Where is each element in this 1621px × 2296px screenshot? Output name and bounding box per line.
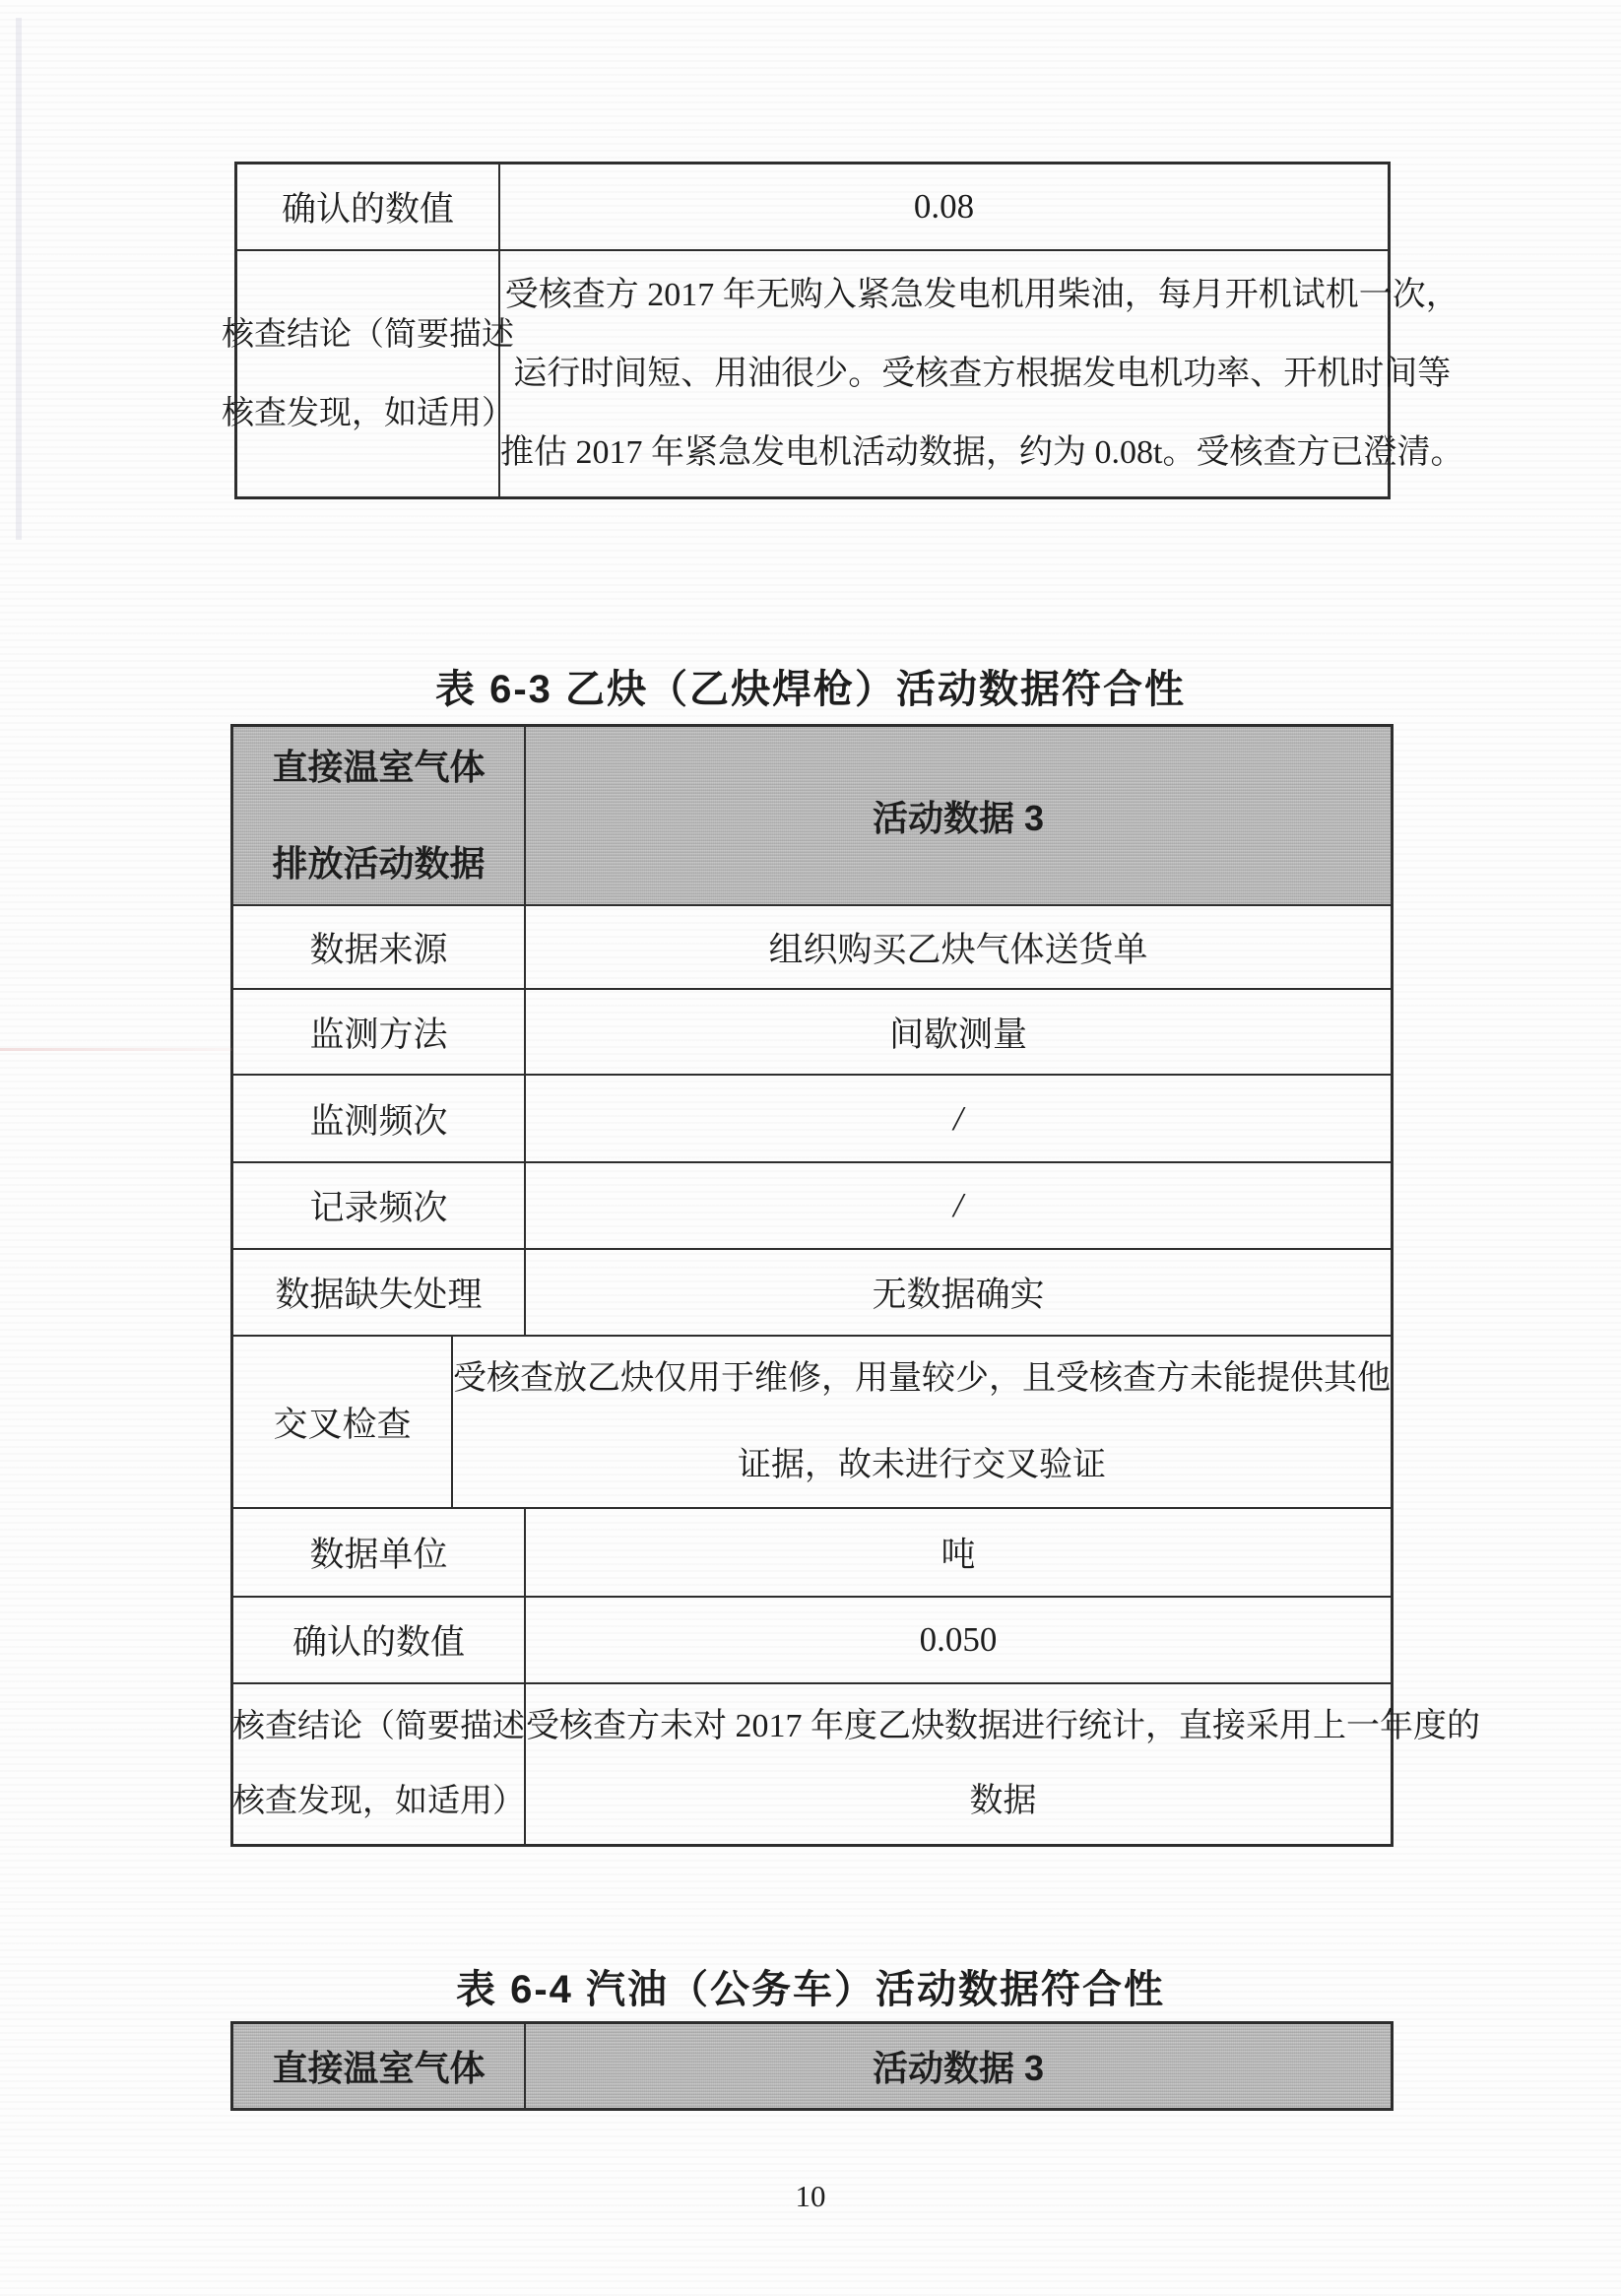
table-row: 确认的数值 0.08 [237, 164, 1388, 249]
table-header-left-line: 排放活动数据 [272, 816, 485, 912]
table-row: 监测频次 / [233, 1074, 1391, 1161]
row-label-line: 核查发现，如适用） [232, 1764, 525, 1839]
table-row: 数据来源 组织购买乙炔气体送货单 [233, 904, 1391, 988]
row-value-line: 数据 [970, 1764, 1037, 1839]
table-header-left-line: 直接温室气体 [272, 719, 485, 816]
row-label: 核查结论（简要描述 核查发现，如适用） [237, 251, 500, 496]
row-label: 数据单位 [233, 1509, 526, 1596]
row-value-line: 推估 2017 年紧急发电机活动数据，约为 0.08t。受核查方已澄清。 [500, 414, 1463, 492]
row-label: 数据来源 [233, 906, 526, 988]
row-label: 核查结论（简要描述 核查发现，如适用） [233, 1684, 526, 1844]
row-value-line: 证据，故未进行交叉验证 [738, 1422, 1106, 1509]
row-value: / [526, 1076, 1391, 1161]
table-header-left: 直接温室气体 [233, 2024, 526, 2108]
table-row: 数据缺失处理 无数据确实 [233, 1248, 1391, 1335]
row-value-line: 受核查方 2017 年无购入紧急发电机用柴油，每月开机试机一次， [505, 256, 1459, 335]
row-value-line: 运行时间短、用油很少。受核查方根据发电机功率、开机时间等 [513, 335, 1451, 414]
row-value: 受核查方 2017 年无购入紧急发电机用柴油，每月开机试机一次， 运行时间短、用… [500, 251, 1463, 496]
table-header-row: 直接温室气体 排放活动数据 活动数据 3 [233, 727, 1391, 904]
row-label-line: 核查发现，如适用） [222, 374, 514, 453]
table-row: 核查结论（简要描述 核查发现，如适用） 受核查方未对 2017 年度乙炔数据进行… [233, 1682, 1391, 1844]
top-partial-table: 确认的数值 0.08 核查结论（简要描述 核查发现，如适用） 受核查方 2017… [234, 162, 1391, 499]
row-label: 数据缺失处理 [233, 1250, 526, 1335]
row-value: 无数据确实 [526, 1250, 1391, 1335]
table-row: 监测方法 间歇测量 [233, 988, 1391, 1074]
row-value: / [526, 1163, 1391, 1248]
table-header-left: 直接温室气体 排放活动数据 [233, 727, 526, 904]
table-6-4-title: 表 6-4 汽油（公务车）活动数据符合性 [0, 1958, 1621, 2014]
row-label: 交叉检查 [233, 1337, 453, 1507]
scan-artifact-streak [16, 18, 22, 540]
row-value-line: 受核查放乙炔仅用于维修，用量较少，且受核查方未能提供其他 [453, 1336, 1391, 1422]
row-value: 0.050 [526, 1598, 1391, 1682]
row-label-line: 核查结论（简要描述 [222, 295, 514, 374]
row-value: 吨 [526, 1509, 1391, 1596]
scan-artifact-line [0, 1048, 232, 1051]
table-6-3-title: 表 6-3 乙炔（乙炔焊枪）活动数据符合性 [0, 658, 1621, 714]
row-value-line: 受核查方未对 2017 年度乙炔数据进行统计，直接采用上一年度的 [526, 1689, 1480, 1764]
table-row: 记录频次 / [233, 1161, 1391, 1248]
table-6-3: 直接温室气体 排放活动数据 活动数据 3 数据来源 组织购买乙炔气体送货单 监测… [230, 724, 1394, 1847]
row-label: 确认的数值 [237, 164, 500, 249]
page-number: 10 [0, 2179, 1621, 2214]
row-value: 间歇测量 [526, 990, 1391, 1074]
table-row: 数据单位 吨 [233, 1507, 1391, 1596]
table-header-right: 活动数据 3 [526, 2024, 1391, 2108]
row-value: 受核查放乙炔仅用于维修，用量较少，且受核查方未能提供其他 证据，故未进行交叉验证 [453, 1337, 1391, 1507]
table-header-right: 活动数据 3 [526, 727, 1391, 904]
table-row: 交叉检查 受核查放乙炔仅用于维修，用量较少，且受核查方未能提供其他 证据，故未进… [233, 1335, 1391, 1507]
row-value: 受核查方未对 2017 年度乙炔数据进行统计，直接采用上一年度的 数据 [526, 1684, 1480, 1844]
row-label: 确认的数值 [233, 1598, 526, 1682]
table-row: 确认的数值 0.050 [233, 1596, 1391, 1682]
row-value: 组织购买乙炔气体送货单 [526, 906, 1391, 988]
row-label: 监测频次 [233, 1076, 526, 1161]
row-label-line: 核查结论（简要描述 [232, 1689, 525, 1764]
table-6-4: 直接温室气体 活动数据 3 [230, 2021, 1394, 2111]
table-header-row: 直接温室气体 活动数据 3 [233, 2024, 1391, 2108]
scanned-report-page: 确认的数值 0.08 核查结论（简要描述 核查发现，如适用） 受核查方 2017… [0, 0, 1621, 2296]
table-row: 核查结论（简要描述 核查发现，如适用） 受核查方 2017 年无购入紧急发电机用… [237, 249, 1388, 496]
row-label: 记录频次 [233, 1163, 526, 1248]
row-label: 监测方法 [233, 990, 526, 1074]
row-value: 0.08 [500, 164, 1388, 249]
